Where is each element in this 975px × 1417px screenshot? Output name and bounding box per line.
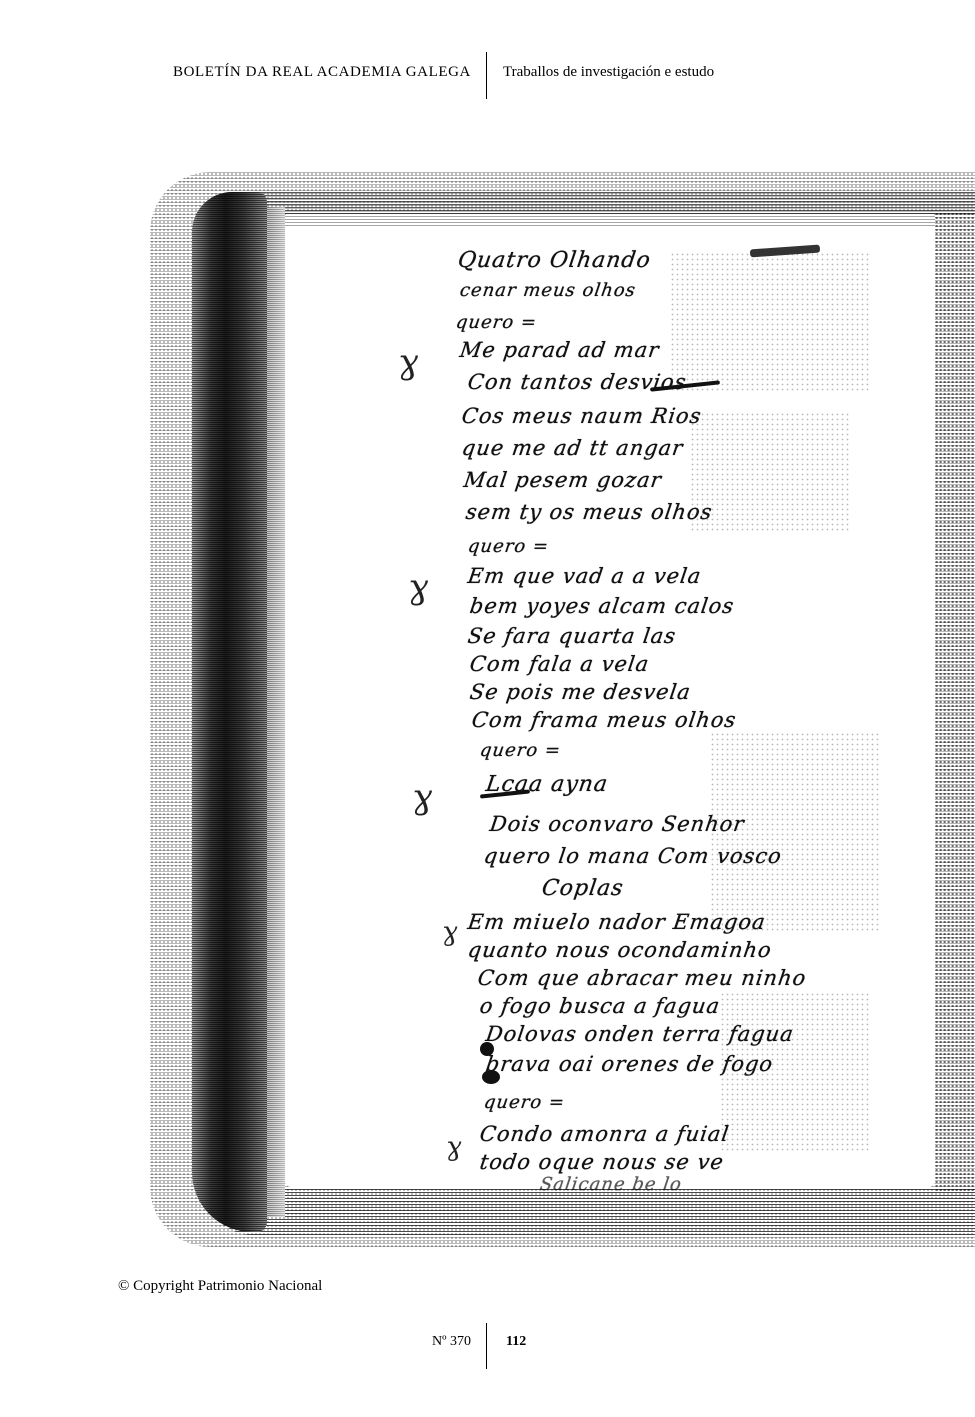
paragraph-mark: ɣ [446,1132,462,1162]
section-title: Traballos de investigación e estudo [503,64,714,81]
manuscript-line: Condo amonra a fuial [478,1122,731,1146]
footer-divider [486,1323,487,1369]
manuscript-line: sem ty os meus olhos [464,500,714,524]
paragraph-mark: ɣ [412,777,432,817]
bleed-through-smudge [670,252,870,392]
manuscript-line: Com frama meus olhos [470,708,738,732]
manuscript-line: quero = [479,740,563,761]
page-footer: Nº 370 112 [0,1323,975,1370]
header-divider [486,52,487,99]
manuscript-line: cenar meus olhos [459,280,638,301]
manuscript-line: Salicane be lo [539,1174,684,1195]
manuscript-line: Coplas [540,876,625,901]
manuscript-line: quero lo mana Com vosco [482,844,783,868]
manuscript-line: Dolovas onden terra fagua [484,1022,795,1046]
manuscript-line: Cos meus naum Rios [460,404,703,428]
manuscript-line: Se fara quarta las [466,624,678,648]
manuscript-line: Me parad ad mar [458,338,661,362]
manuscript-line: quero = [483,1092,567,1113]
manuscript-line: Quatro Olhando [456,248,652,273]
manuscript-line: Mal pesem gozar [462,468,663,492]
manuscript-line: quero = [467,536,551,557]
image-copyright: © Copyright Patrimonio Nacional [118,1278,322,1295]
manuscript-line: quero = [455,312,539,333]
paragraph-mark: ɣ [408,567,428,607]
manuscript-line: todo oque nous se ve [478,1150,725,1174]
journal-title: BOLETÍN DA REAL ACADEMIA GALEGA [173,64,471,81]
paragraph-mark: ɣ [398,342,418,382]
running-header: BOLETÍN DA REAL ACADEMIA GALEGA Traballo… [0,52,975,100]
manuscript-photograph: ɣ ɣ ɣ ɣ ɣ Quatro Olhando cenar meus olho… [150,172,975,1247]
manuscript-line: Dois oconvaro Senhor [488,812,746,836]
manuscript-line: Se pois me desvela [468,680,692,704]
bleed-through-smudge [690,412,850,532]
paragraph-mark: ɣ [442,917,458,947]
manuscript-line: Com fala a vela [468,652,651,676]
issue-number: Nº 370 [432,1334,471,1350]
page-number: 112 [506,1334,526,1350]
manuscript-line: bem yoyes alcam calos [468,594,736,618]
manuscript-line: quanto nous ocondaminho [466,938,773,962]
manuscript-line: brava oai orenes de fogo [484,1052,775,1076]
manuscript-line: que me ad tt angar [460,436,685,460]
manuscript-line: Em que vad a a vela [466,564,703,588]
spine-page-edge [267,207,285,1217]
ink-blot [482,1070,500,1084]
manuscript-line: Com que abracar meu ninho [476,966,808,990]
manuscript-line: o fogo busca a fagua [478,994,722,1018]
scan-right-margin [935,212,975,1192]
manuscript-line: Em miuelo nador Emagoa [466,910,767,934]
binding-top-edge [210,192,975,214]
leaf-top-shadow [285,212,935,226]
book-spine [192,192,267,1232]
